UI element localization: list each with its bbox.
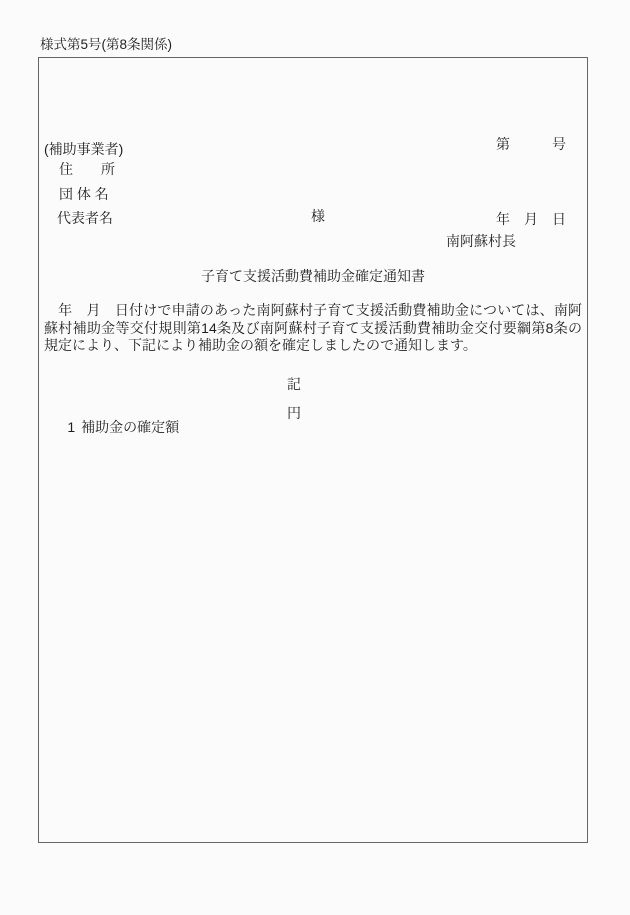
doc-date-line: 年 月 日 [496,207,566,232]
recipient-organization-label: 団 体 名 [59,187,109,201]
recipient-address-label: 住 所 [59,162,115,176]
item-unit-label: 円 [287,406,301,420]
sender-name: 南阿蘇村長 [446,234,516,248]
recipient-honorific: 様 [311,209,325,223]
document-title: 子育て支援活動費補助金確定通知書 [39,269,587,283]
item-number: 1 [67,419,75,435]
item-label: 補助金の確定額 [81,419,179,435]
recipient-representative-label: 代表者名 [57,211,113,225]
subsidy-item-row: 1補助金の確定額 [44,406,179,448]
document-frame: 第 号 年 月 日 (補助事業者) 住 所 団 体 名 代表者名 様 南阿蘇村長… [38,57,588,843]
record-heading: 記 [287,377,301,391]
form-number-label: 様式第5号(第8条関係) [40,37,172,52]
doc-number-block: 第 号 年 月 日 [496,82,566,282]
recipient-section-label: (補助事業者) [44,142,123,156]
document-body: 年 月 日付けで申請のあった南阿蘇村子育て支援活動費補助金については、南阿蘇村補… [44,302,582,355]
document-page: 様式第5号(第8条関係) 第 号 年 月 日 (補助事業者) 住 所 団 体 名… [0,0,630,915]
doc-number-line: 第 号 [496,132,566,157]
